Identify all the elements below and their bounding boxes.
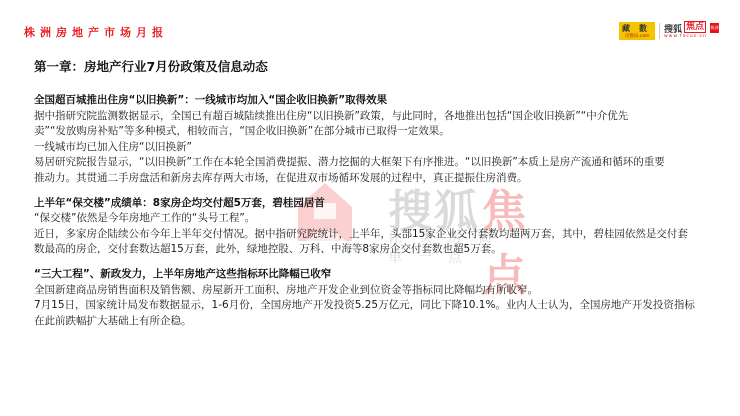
paragraph-line: 推动力。其贯通二手房盘活和新房去库存两大市场，在促进双市场循环发展的过程中，真正…: [34, 171, 724, 187]
paragraph-line: 数最高的房企，交付套数达超15万套，此外，绿地控股、万科、中海等8家房企交付套数…: [34, 242, 724, 258]
header-logos: 藏 數 房数局.com 搜狐 焦点 株洲 www.focus.cn: [619, 22, 724, 40]
report-title: 株洲房地产市场月报: [24, 24, 168, 40]
paragraph-line: 近日，多家房企陆续公布今年上半年交付情况。据中指研究院统计，上半年，头部15家企…: [34, 227, 724, 243]
paragraph-line: 一线城市均已加入住房“以旧换新”: [34, 140, 724, 156]
paragraph-line: 7月15日，国家统计局发布数据显示，1-6月份，全国房地产开发投资5.25万亿元…: [34, 298, 724, 314]
logo-divider: [659, 23, 660, 39]
paragraph-line: “保交楼”依然是今年房地产工作的“头号工程”。: [34, 211, 724, 227]
section-heading: 上半年“保交楼”成绩单：8家房企均交付超5万套，碧桂园居首: [34, 196, 724, 212]
paragraph-line: 在此前跌幅扩大基础上有所企稳。: [34, 314, 724, 330]
chapter-title: 第一章：房地产行业7月份政策及信息动态: [34, 57, 268, 75]
report-content: 全国超百城推出住房“以旧换新”：一线城市均加入“国企收旧换新”取得效果 据中指研…: [34, 93, 724, 329]
paragraph-line: 易居研究院报告显示，“以旧换新”工作在本轮全国消费提振、潜力挖掘的大框架下有序推…: [34, 155, 724, 171]
fangshuju-logo: 藏 數 房数局.com: [619, 22, 655, 40]
paragraph-line: 据中指研究院监测数据显示，全国已有超百城陆续推出住房“以旧换新”政策，与此同时，…: [34, 109, 724, 125]
section-heading: 全国超百城推出住房“以旧换新”：一线城市均加入“国企收旧换新”取得效果: [34, 93, 724, 109]
section-heading: “三大工程”、新政发力，上半年房地产这些指标环比降幅已收窄: [34, 267, 724, 283]
sohu-focus-logo: 搜狐 焦点 株洲 www.focus.cn: [664, 22, 724, 40]
paragraph-line: 卖”“发放购房补贴”等多种模式，相较而言，“国企收旧换新”在部分城市已取得一定效…: [34, 124, 724, 140]
paragraph-line: 全国新建商品房销售面积及销售额、房屋新开工面积、房地产开发企业到位资金等指标同比…: [34, 283, 724, 299]
